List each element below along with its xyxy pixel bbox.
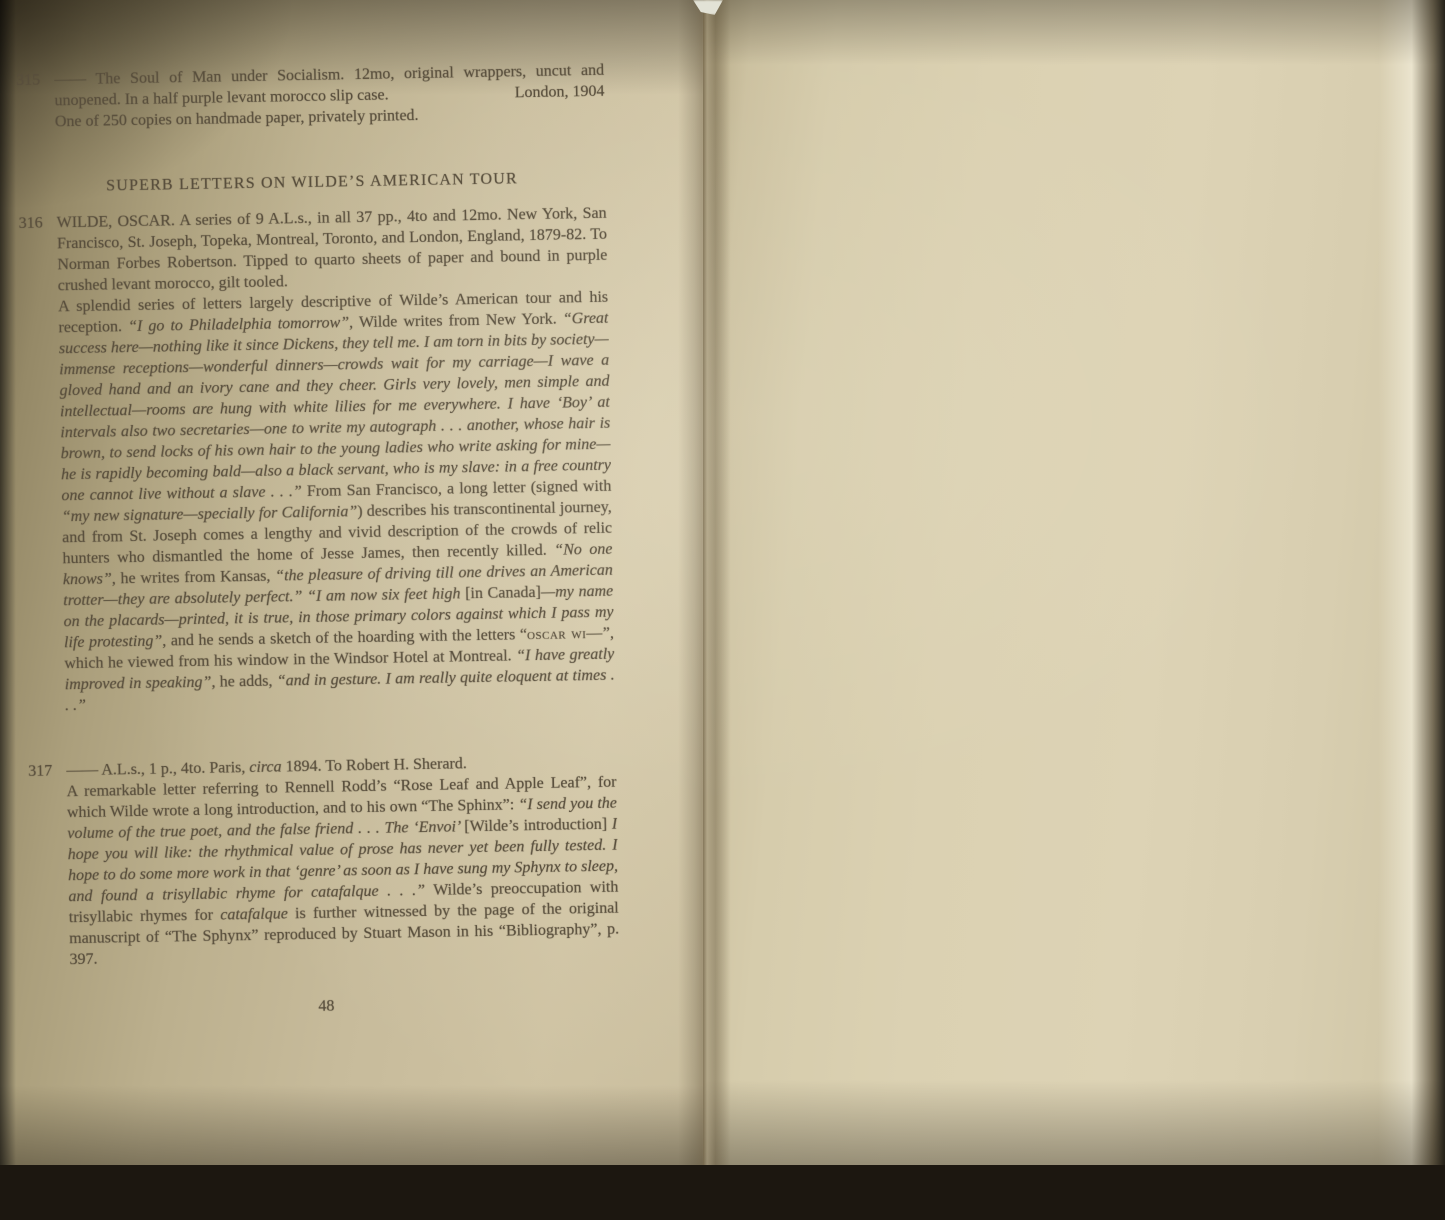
book-photo: 315—— The Soul of Man under Socialism. 1… <box>0 0 1445 1165</box>
italic-text-run: circa <box>249 758 282 776</box>
text-run: [in Canada] <box>465 584 541 602</box>
entry-paragraph: WILDE, OSCAR. A series of 9 A.L.s., in a… <box>56 203 607 297</box>
section-heading: SUPERB LETTERS ON WILDE’S AMERICAN TOUR <box>24 167 600 198</box>
text-run: 1894. To Robert H. Sherard. <box>281 755 467 775</box>
italic-text-run: “my new signature—specially for Californ… <box>62 503 358 525</box>
entry-paragraph: A splendid series of letters largely des… <box>58 287 615 717</box>
smallcaps-text-run: oscar wi— <box>527 625 603 643</box>
text-run: , he adds, <box>211 673 277 691</box>
italic-text-run: catafalque <box>220 905 288 923</box>
text-run: From San Francisco, a long letter (signe… <box>302 478 612 500</box>
text-run: [Wilde’s introduction] <box>464 816 607 835</box>
imprint: London, 1904 <box>515 81 605 104</box>
text-run: —— A.L.s., 1 p., 4to. Paris, <box>66 759 249 779</box>
left-page: 315—— The Soul of Man under Socialism. 1… <box>0 0 703 1165</box>
catalog-entry: 317—— A.L.s., 1 p., 4to. Paris, circa 18… <box>28 751 620 971</box>
entry-number: 315 <box>16 70 40 91</box>
italic-text-run: “I go to Philadelphia tomorrow” <box>128 314 349 335</box>
entry-paragraph: A remarkable letter referring to Rennell… <box>66 772 619 971</box>
left-page-content: 315—— The Soul of Man under Socialism. 1… <box>16 60 621 1022</box>
entry-number: 316 <box>18 213 42 234</box>
text-run: WILDE, OSCAR. A series of 9 A.L.s., in a… <box>57 205 608 295</box>
text-run: , he writes from Kansas, <box>112 568 276 588</box>
catalog-entry: 315—— The Soul of Man under Socialism. 1… <box>16 60 605 133</box>
entry-number: 317 <box>28 760 52 781</box>
italic-text-run: “Great success here—nothing like it sinc… <box>59 310 611 505</box>
right-page: 318—— A.L.s. 3 pp., 16mo. London, n.d. T… <box>703 0 1445 1165</box>
catalog-entry: 316WILDE, OSCAR. A series of 9 A.L.s., i… <box>18 203 615 717</box>
text-run: , Wilde writes from New York. <box>349 310 563 331</box>
text-run: , and he sends a sketch of the hoarding … <box>162 626 527 649</box>
text-run: One of 250 copies on handmade paper, pri… <box>55 107 419 130</box>
page-number: 48 <box>32 991 620 1022</box>
